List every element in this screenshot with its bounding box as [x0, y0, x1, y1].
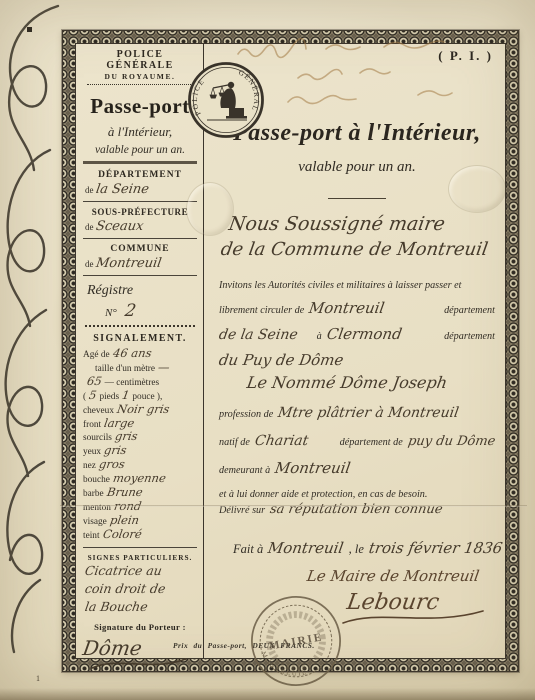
- left-column: POLICE GÉNÉRALE DU ROYAUME. Passe-port à…: [76, 44, 204, 658]
- signalement-row: front large: [83, 418, 197, 432]
- page-number: 1: [36, 674, 40, 683]
- signalement-value: Noir gris: [116, 404, 170, 416]
- signalement-title: SIGNALEMENT.: [83, 333, 197, 344]
- signalement-value: Coloré: [102, 529, 143, 541]
- natif-printed: natif de: [219, 437, 250, 448]
- departement-printed-1: département: [444, 305, 495, 316]
- passport-sub1: à l'Intérieur,: [83, 124, 197, 140]
- rule: [83, 547, 197, 548]
- signalement-value: gros: [98, 459, 126, 471]
- police-generale-seal: POLICE GÉNÉRALE: [186, 60, 266, 140]
- signes-value-line3: la Bouche: [84, 600, 149, 614]
- signalement-value: 46 ans: [112, 348, 152, 360]
- birthplace-value: Chariat: [254, 433, 310, 449]
- signalement-label: menton: [83, 503, 111, 515]
- dash-divider: [328, 198, 386, 199]
- signalement-label: Agé de: [83, 350, 110, 362]
- document-body: POLICE GÉNÉRALE DU ROYAUME. Passe-port à…: [75, 43, 506, 659]
- delivre-value: sa réputation bien connue: [269, 502, 444, 517]
- blind-stamp: [448, 165, 506, 213]
- signalement-label: barbe: [83, 489, 104, 501]
- passport-word: Passe-port: [83, 94, 197, 119]
- circuler-printed: librement circuler de: [219, 305, 304, 316]
- departement-value: la Seine: [94, 182, 149, 197]
- signalement-value-2: 1: [121, 390, 130, 402]
- commune-prefix: de: [85, 259, 94, 269]
- signalement-label: (: [83, 392, 86, 404]
- signalement-row: sourcils gris: [83, 431, 197, 445]
- mairie-stamp: MAIRIE MONTREUIL: [247, 592, 345, 690]
- agency-subtitle: DU ROYAUME.: [83, 72, 197, 81]
- profession-printed: profession de: [219, 409, 273, 420]
- dotted-rule: [85, 325, 195, 327]
- porteur-signature: Dôme: [81, 636, 144, 660]
- signalement-row: Agé de 46 ans: [83, 348, 197, 362]
- stamp-center-text: MAIRIE: [268, 631, 324, 652]
- registre-no-label: N°: [105, 307, 117, 319]
- thick-rule: [83, 161, 197, 164]
- protection-line: et à lui donner aide et protection, en c…: [219, 489, 427, 500]
- commune-value: Montreuil: [94, 256, 162, 271]
- origin-departement: de la Seine: [218, 327, 299, 343]
- departement-label: DÉPARTEMENT: [83, 170, 197, 180]
- birth-departement-value: puy du Dôme: [407, 434, 497, 449]
- sous-prefecture-prefix: de: [85, 222, 94, 232]
- signalement-value: rond: [113, 501, 142, 513]
- departement-printed-2: département: [444, 331, 495, 342]
- signes-value-line2: coin droit de: [84, 582, 167, 596]
- invitons-line: Invitons les Autorités civiles et milita…: [219, 280, 462, 291]
- bearer-name: Le Nommé Dôme Joseph: [245, 373, 448, 392]
- rule: [83, 201, 197, 202]
- field-departement: DÉPARTEMENT dela Seine: [83, 170, 197, 202]
- signalement-rows: Agé de 46 ans taille d'un mètre —: [83, 348, 197, 543]
- signalement-value: —: [157, 362, 170, 374]
- signalement-value: gris: [103, 445, 127, 457]
- maire-title-line: Le Maire de Montreuil: [306, 567, 481, 585]
- signalement-row: 65 — centimètres: [83, 376, 197, 390]
- circuler-origin: Montreuil: [308, 299, 386, 317]
- soussigne-line1: Nous Soussigné maire: [227, 213, 446, 235]
- fait-le-printed: , le: [349, 542, 364, 557]
- signalement-label: front: [83, 420, 101, 432]
- rule: [83, 275, 197, 276]
- signalement-value: plein: [109, 515, 140, 527]
- destination: Clermond: [325, 325, 403, 343]
- soussigne-line2: de la Commune de Montreuil: [219, 239, 489, 260]
- profession-value: Mtre plâtrier à Montreuil: [277, 405, 460, 421]
- signalement-label-2: — centimètres: [105, 378, 159, 390]
- margin-calligraphy: [0, 0, 62, 700]
- a-printed: à: [317, 331, 322, 342]
- commune-label: COMMUNE: [83, 244, 197, 254]
- signalement-label: yeux: [83, 447, 101, 459]
- sous-prefecture-value: Sceaux: [94, 219, 144, 234]
- signalement-row: teint Coloré: [83, 529, 197, 543]
- field-commune: COMMUNE deMontreuil: [83, 244, 197, 276]
- agency-title: POLICE GÉNÉRALE: [83, 49, 197, 71]
- passport-sub2: valable pour un an.: [83, 144, 197, 156]
- registre-label: Régistre: [87, 283, 197, 299]
- signalement-value: gris: [114, 431, 138, 443]
- signalement-value: 65: [86, 376, 103, 388]
- passport-sheet: POLICE GÉNÉRALE DU ROYAUME. Passe-port à…: [0, 0, 535, 700]
- delivre-printed: Délivré sur: [219, 505, 265, 516]
- field-sous-prefecture: SOUS-PRÉFECTURE deSceaux: [83, 207, 197, 239]
- departement-prefix: de: [85, 185, 94, 195]
- signalement-value: Brune: [106, 487, 143, 499]
- departement-de-printed: département de: [340, 437, 403, 448]
- signalement-label: nez: [83, 461, 96, 473]
- signalement-value: 5: [88, 390, 97, 402]
- signalement-label: bouche: [83, 475, 110, 487]
- blind-stamp: [186, 182, 234, 236]
- bleedthrough-ink: [232, 38, 508, 130]
- fait-place: Montreuil: [267, 539, 345, 557]
- signalement-row: cheveux Noir gris: [83, 404, 197, 418]
- fait-date: trois février 1836: [367, 539, 503, 557]
- fait-a-printed: Fait à: [233, 542, 263, 557]
- rule: [83, 238, 197, 239]
- residence-value: Montreuil: [274, 459, 352, 477]
- signalement-label: teint: [83, 531, 100, 543]
- signalement-label-2: pieds: [99, 392, 119, 404]
- sous-prefecture-label: SOUS-PRÉFECTURE: [83, 207, 197, 217]
- signalement-value: large: [103, 418, 135, 430]
- signalement-label: taille d'un mètre: [95, 364, 155, 376]
- destination-departement: du Puy de Dôme: [218, 351, 345, 369]
- maire-signature: Lebourc: [345, 590, 441, 615]
- demeurant-printed: demeurant à: [219, 465, 270, 476]
- registre-no-value: 2: [123, 301, 137, 321]
- porteur-signature-label: Signature du Porteur :: [83, 622, 197, 632]
- dotted-rule: [87, 84, 193, 85]
- signes-value-line1: Cicatrice au: [84, 564, 163, 578]
- signalement-value: moyenne: [112, 473, 167, 485]
- signes-particuliers-title: SIGNES PARTICULIERS.: [83, 553, 197, 562]
- corner-square-mark: [27, 27, 32, 32]
